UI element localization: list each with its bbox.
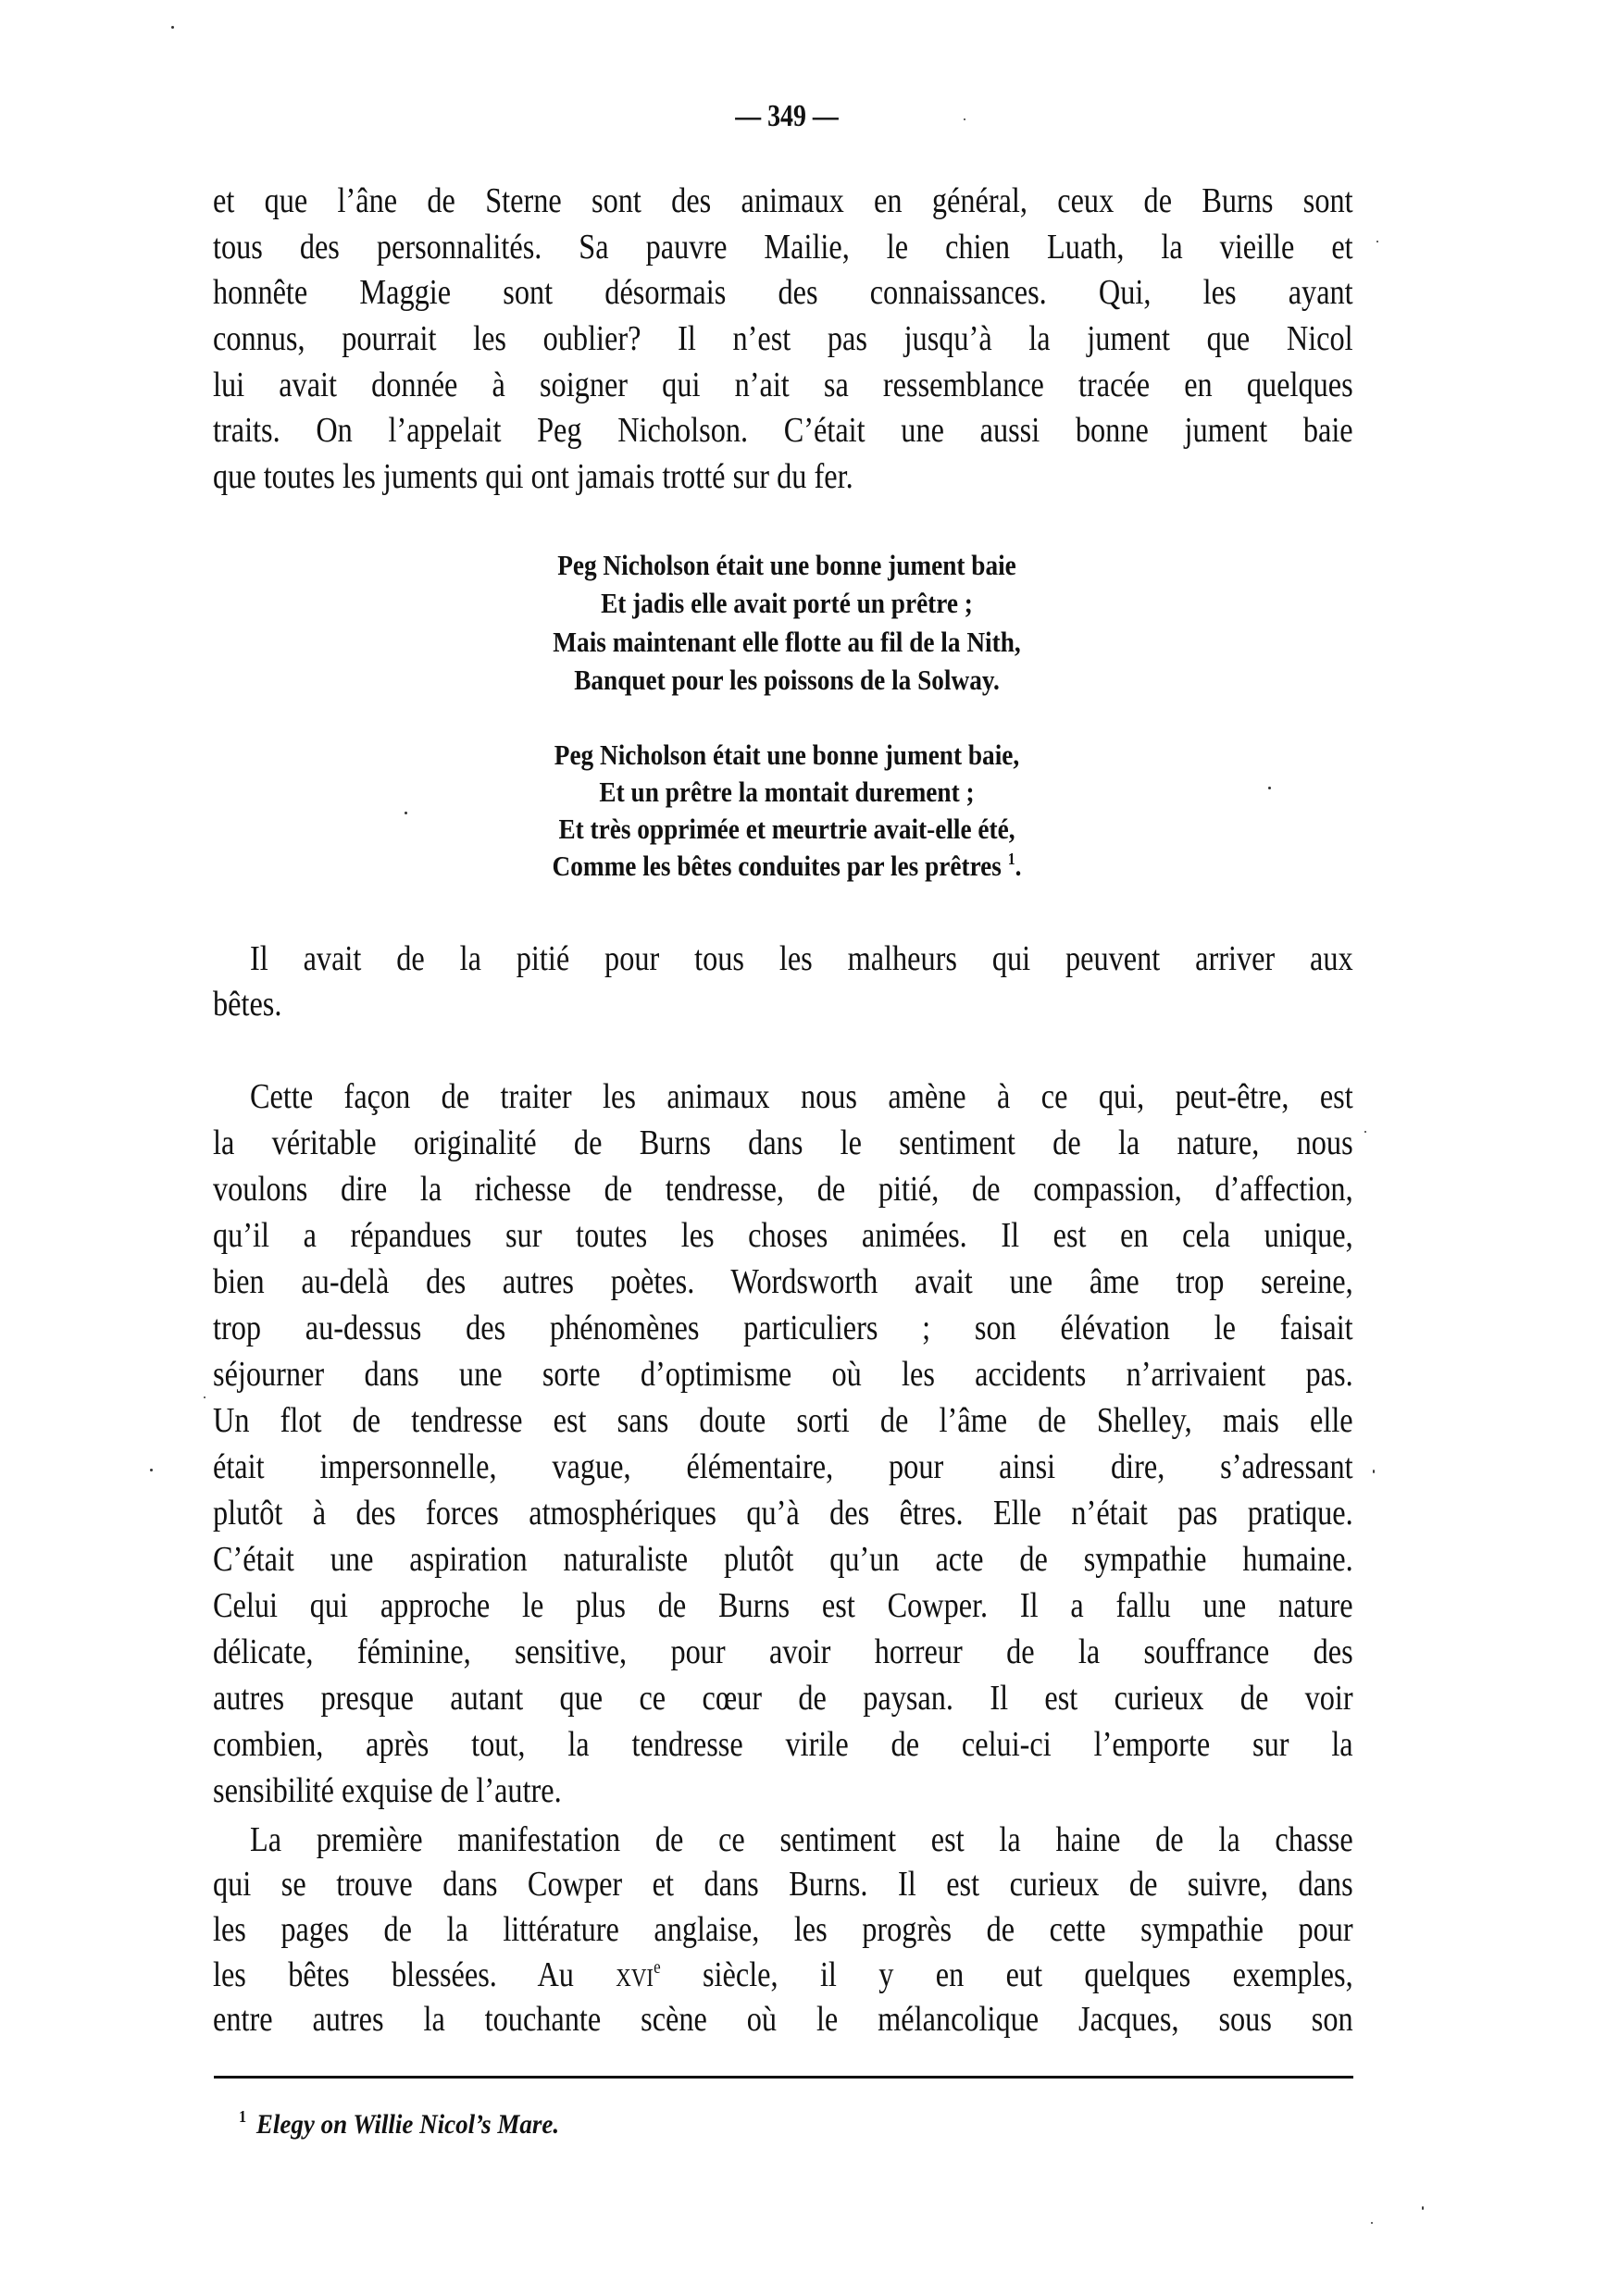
text-line: délicate, féminine, sensitive, pour avoi… <box>213 1629 1353 1675</box>
text-line: bien au-delà des autres poètes. Wordswor… <box>213 1259 1353 1305</box>
text-line: les bêtes blessées. Au xvie siècle, il y… <box>213 1952 1353 1998</box>
scan-speck <box>964 118 965 120</box>
scan-speck <box>1364 1131 1366 1133</box>
verse-line-text: Comme les bêtes conduites par les prêtre… <box>553 850 1002 882</box>
text-line: était impersonnelle, vague, élémentaire,… <box>213 1444 1353 1490</box>
scan-speck <box>1268 787 1271 789</box>
scan-speck <box>1422 2206 1424 2210</box>
scan-speck <box>171 26 174 29</box>
verse-line: Et très opprimée et meurtrie avait-elle … <box>380 810 1194 848</box>
text-line: séjourner dans une sorte d’optimisme où … <box>213 1351 1353 1397</box>
text-line: et que l’âne de Sterne sont des animaux … <box>213 178 1353 224</box>
text-line: traits. On l’appelait Peg Nicholson. C’é… <box>213 407 1353 453</box>
text-line: tous des personnalités. Sa pauvre Mailie… <box>213 224 1353 270</box>
verse-line: Et un prêtre la montait durement ; <box>380 773 1194 811</box>
text-segment: les bêtes blessées. Au <box>213 1955 616 1994</box>
text-line: entre autres la touchante scène où le mé… <box>213 1996 1353 2042</box>
footnote: 1Elegy on Willie Nicol’s Mare. <box>239 2106 559 2143</box>
scan-speck <box>1371 2222 1373 2224</box>
text-line: connus, pourrait les oublier? Il n’est p… <box>213 316 1353 362</box>
text-line: Un flot de tendresse est sans doute sort… <box>213 1397 1353 1444</box>
verse-line-end: . <box>1015 850 1022 882</box>
verse-line: Et jadis elle avait porté un prêtre ; <box>380 584 1194 622</box>
scan-speck <box>1373 1470 1375 1473</box>
text-segment: siècle, il y en eut quelques exemples, <box>661 1955 1353 1994</box>
text-line: voulons dire la richesse de tendresse, d… <box>213 1166 1353 1212</box>
text-line: Cette façon de traiter les animaux nous … <box>250 1074 1353 1120</box>
text-line: autres presque autant que ce cœur de pay… <box>213 1675 1353 1721</box>
text-line: que toutes les juments qui ont jamais tr… <box>213 453 1353 500</box>
verse-line: Banquet pour les poissons de la Solway. <box>380 661 1194 699</box>
page-number: — 349 — <box>635 96 939 137</box>
footnote-text: Elegy on Willie Nicol’s Mare. <box>256 2109 559 2140</box>
text-line: La première manifestation de ce sentimen… <box>250 1817 1353 1863</box>
text-line: Il avait de la pitié pour tous les malhe… <box>250 936 1353 982</box>
verse-line: Peg Nicholson était une bonne jument bai… <box>380 546 1194 584</box>
text-line: honnête Maggie sont désormais des connai… <box>213 269 1353 316</box>
text-line: C’était une aspiration naturaliste plutô… <box>213 1536 1353 1582</box>
text-line: qui se trouve dans Cowper et dans Burns.… <box>213 1861 1353 1907</box>
verse-line: Peg Nicholson était une bonne jument bai… <box>380 736 1194 774</box>
scan-speck <box>1376 241 1378 242</box>
text-line: combien, après tout, la tendresse virile… <box>213 1721 1353 1768</box>
book-page: — 349 — et que l’âne de Sterne sont des … <box>0 0 1619 2296</box>
verse-line: Mais maintenant elle flotte au fil de la… <box>380 623 1194 661</box>
text-line: plutôt à des forces atmosphériques qu’à … <box>213 1490 1353 1536</box>
text-line: bêtes. <box>213 981 1353 1027</box>
text-line: qu’il a répandues sur toutes les choses … <box>213 1212 1353 1259</box>
footnote-separator <box>214 2076 1353 2079</box>
text-line: sensibilité exquise de l’autre. <box>213 1768 1353 1814</box>
footnote-mark: 1 <box>239 2107 246 2126</box>
scan-speck <box>405 812 407 814</box>
text-line: Celui qui approche le plus de Burns est … <box>213 1582 1353 1629</box>
text-line: la véritable originalité de Burns dans l… <box>213 1120 1353 1166</box>
century-numeral: xvi <box>616 1955 654 1994</box>
scan-speck <box>204 1396 205 1398</box>
text-line: les pages de la littérature anglaise, le… <box>213 1906 1353 1953</box>
ordinal-suffix: e <box>654 1957 661 1978</box>
scan-speck <box>150 1469 153 1471</box>
verse-line: Comme les bêtes conduites par les prêtre… <box>380 847 1194 885</box>
text-line: lui avait donnée à soigner qui n’ait sa … <box>213 362 1353 408</box>
text-line: trop au-dessus des phénomènes particulie… <box>213 1305 1353 1351</box>
